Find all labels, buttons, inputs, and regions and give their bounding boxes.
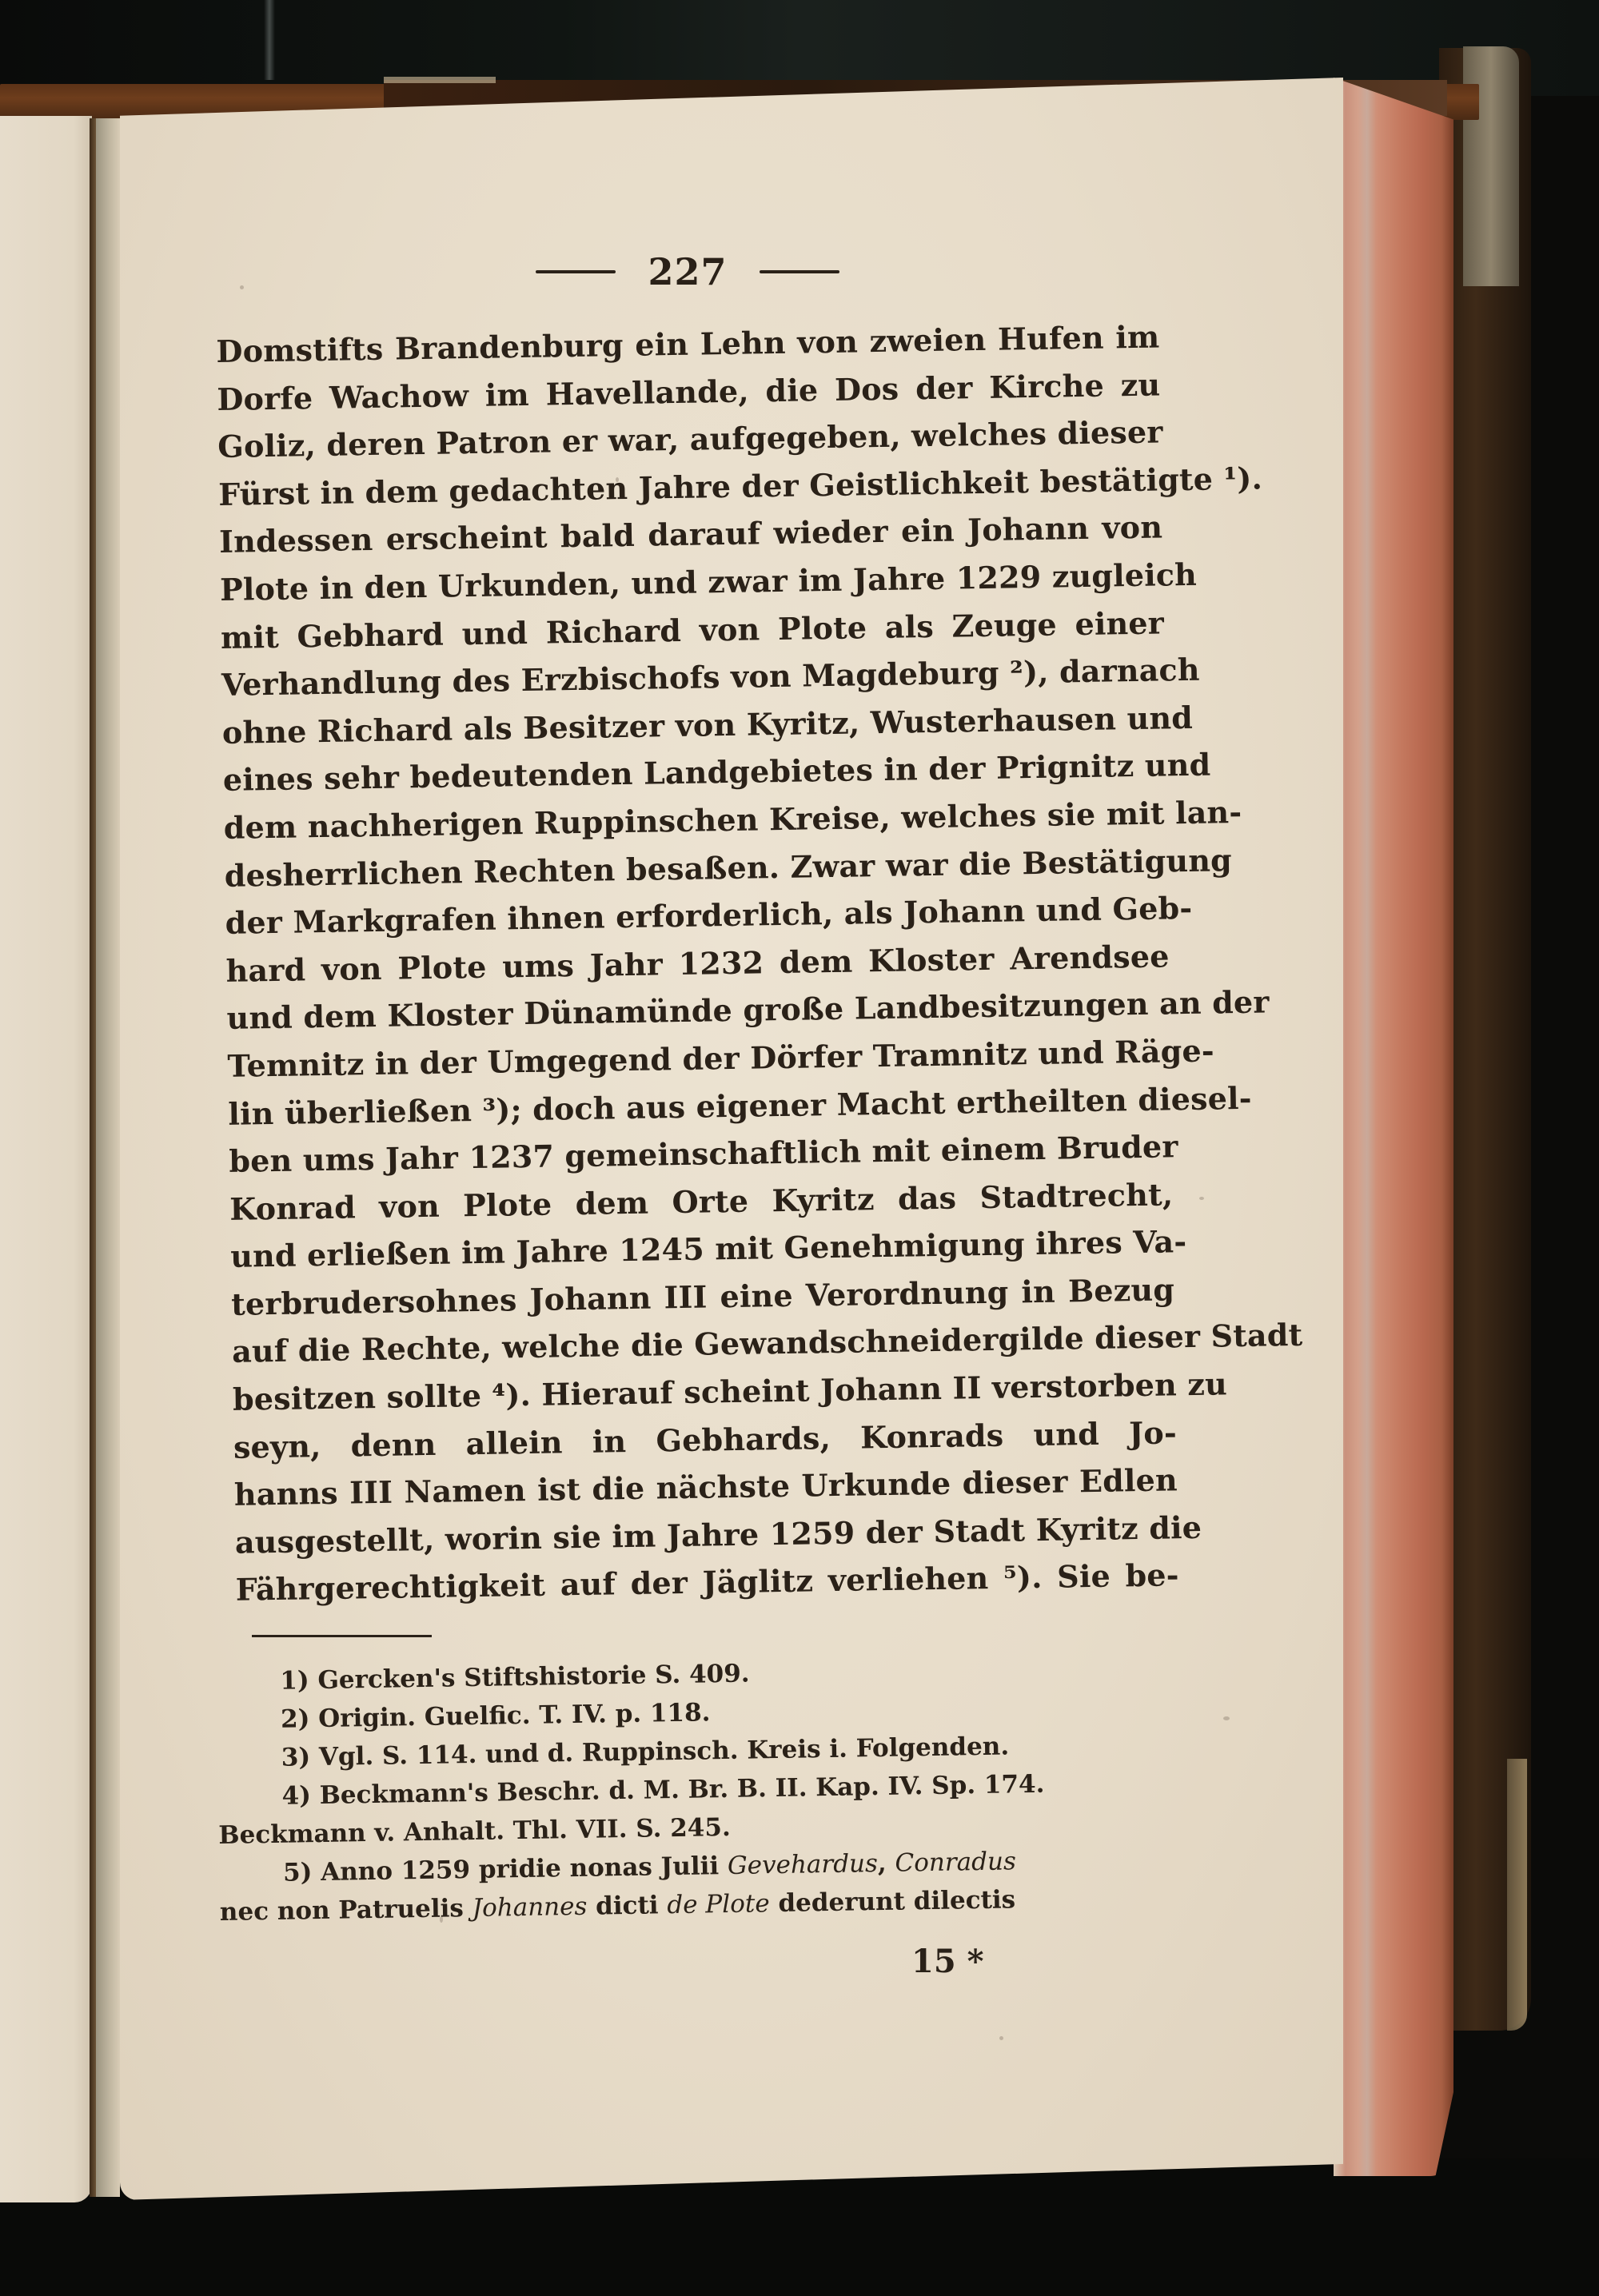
left-page: [0, 116, 92, 2202]
page-number: 227: [648, 250, 727, 293]
footnote-text: Origin. Guelfic. T. IV. p. 118.: [318, 1698, 711, 1733]
footnote-italic-name: de Plote: [667, 1889, 770, 1919]
footnote-label: 5): [283, 1858, 313, 1887]
footnote-text: dicti: [596, 1891, 659, 1920]
header-dash-right: [760, 270, 839, 273]
footnote-label: 4): [281, 1781, 311, 1811]
page-block-edge: [1334, 78, 1453, 2176]
footnote-italic-name: Johannes: [472, 1892, 587, 1923]
paper-speck: [999, 2036, 1003, 2040]
footnote-label: 2): [281, 1704, 310, 1734]
footnote-label: 3): [281, 1743, 311, 1772]
running-header: 227: [520, 248, 855, 296]
footnote-italic-name: Gevehardus: [728, 1849, 878, 1880]
gutter-shadow: [90, 118, 96, 2197]
header-dash-left: [536, 270, 616, 273]
signature-mark: 15 *: [911, 1943, 984, 1980]
footnote-text: dederunt dilectis: [778, 1885, 1015, 1918]
footnotes: 1) Gercken's Stiftshistorie S. 409. 2) O…: [216, 1648, 1171, 1931]
footnote-text: nec non Patruelis: [220, 1894, 464, 1927]
paper-speck: [240, 285, 244, 289]
footnote-rule: [252, 1635, 432, 1637]
background-highlight: [264, 0, 275, 80]
footnote-text: Vgl. S. 114. und d. Ruppinsch. Kreis i. …: [319, 1732, 1010, 1772]
book-cover-cloth-edge: [1507, 1759, 1527, 2031]
body-text: Domstifts Brandenburg ein Lehn von zweie…: [216, 313, 1179, 1613]
paper-speck: [1199, 1197, 1204, 1200]
footnote-italic-name: Conradus: [895, 1847, 1016, 1877]
footnote-text: Beckmann v. Anhalt. Thl. VII. S. 245.: [218, 1813, 731, 1850]
footnote-separator: ,: [878, 1849, 887, 1878]
footnote-label: 1): [280, 1666, 309, 1696]
footnote-text: Beckmann's Beschr. d. M. Br. B. II. Kap.…: [319, 1770, 1044, 1810]
book-cover-top-wear: [384, 77, 496, 83]
footnote-text: Gercken's Stiftshistorie S. 409.: [317, 1660, 750, 1695]
book-cover-cloth-corner: [1463, 46, 1519, 286]
footnote-text: Anno 1259 pridie nonas Julii: [321, 1852, 720, 1887]
gutter-page-edge: [96, 118, 120, 2197]
paper-speck: [1223, 1716, 1230, 1720]
